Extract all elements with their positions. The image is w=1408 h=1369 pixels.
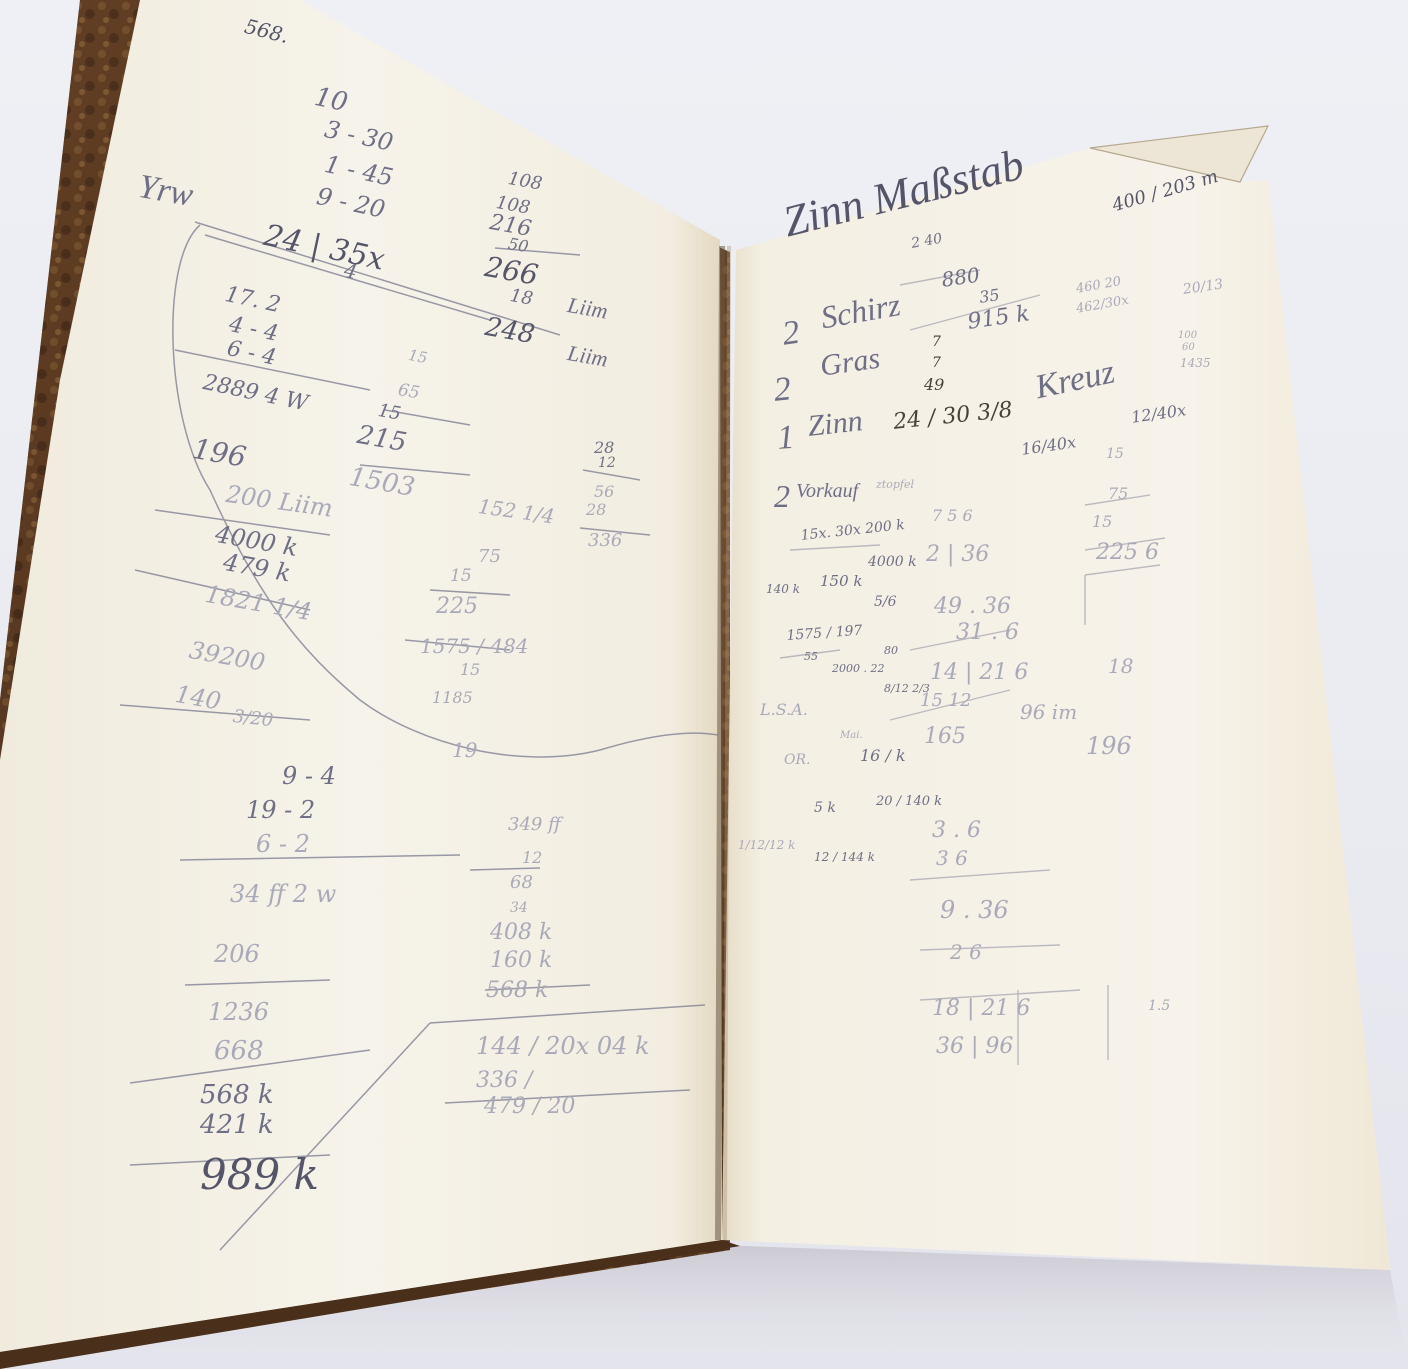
row-49-36: 49 . 36 <box>934 594 1011 619</box>
row-9-36: 9 . 36 <box>940 896 1009 924</box>
row-20-140: 20 / 140 k <box>876 794 942 809</box>
line2-note: 100 <box>1178 330 1197 341</box>
col-15: 75 <box>1108 484 1128 503</box>
small-mult: 15 <box>376 400 402 425</box>
col-349: 408 k <box>490 920 552 945</box>
mult-entry: 50 <box>507 234 530 256</box>
row-sml-3-6: 3 6 <box>936 846 968 870</box>
col-75: 225 <box>436 594 478 619</box>
gutter <box>718 246 722 1240</box>
right-mult: 28 <box>586 500 606 519</box>
right-page <box>722 126 1390 1270</box>
row-31-6: 31 . 6 <box>956 620 1019 645</box>
col-15: 225 6 <box>1096 540 1159 565</box>
row-5-6: 5/6 <box>874 594 897 610</box>
row-1575: 1575 / 484 <box>420 634 529 658</box>
col-349: 12 <box>522 848 542 867</box>
row-4000k: 4000 k <box>868 554 917 570</box>
row-568: 568 k <box>200 1080 274 1110</box>
line4-note: ztopfel <box>876 478 914 491</box>
right-mult: 12 <box>598 455 616 471</box>
row-3-20: 3/20 <box>232 706 274 731</box>
row-165: 165 <box>924 724 966 749</box>
col-349: 160 k <box>490 948 552 973</box>
right-mult: 56 <box>594 482 614 501</box>
line2-note: 1435 <box>1180 356 1211 370</box>
row-756: 7 5 6 <box>932 506 973 525</box>
line3-prefix: 1 <box>776 419 796 458</box>
row-5k: 5 k <box>814 800 836 816</box>
row-3-6: 3 . 6 <box>932 818 981 843</box>
col-15: 15 <box>1092 512 1112 531</box>
col-349: 68 <box>510 872 533 893</box>
col-15: 15 <box>1106 446 1124 462</box>
row-196: 196 <box>1086 732 1132 760</box>
row-tiny: 1.5 <box>1148 998 1170 1014</box>
row-1-12: 1/12/12 k <box>738 838 795 852</box>
row-1236: 1236 <box>208 998 269 1026</box>
title-num: 35 <box>978 285 1001 307</box>
col-349: 34 <box>510 900 528 916</box>
block3-entry: 19 - 2 <box>246 796 315 824</box>
small-mult: 65 <box>397 380 422 403</box>
row-421: 421 k <box>200 1110 274 1140</box>
row-1575-sub: 15 <box>460 660 480 679</box>
row-55: 55 <box>804 650 818 663</box>
col-349: 568 k <box>486 978 548 1003</box>
line2-fraction: 49 <box>924 375 944 394</box>
row-150k: 150 k <box>820 572 863 590</box>
row-96-im: 96 im <box>1020 700 1077 724</box>
row-18: 18 <box>1108 654 1133 678</box>
row-206: 206 <box>214 940 260 968</box>
row-mai: Mai. <box>840 730 863 741</box>
right-mult: 336 <box>588 530 622 551</box>
line2-fraction: 7 <box>932 355 941 371</box>
row-2-36: 2 | 36 <box>926 542 989 567</box>
row-1421-6: 14 | 21 6 <box>930 660 1028 685</box>
row-989: 989 k <box>200 1150 319 1199</box>
col-349: 349 ff <box>508 814 561 835</box>
row-12-144: 12 / 144 k <box>814 850 875 864</box>
line2-note: 60 <box>1182 342 1195 353</box>
row-80: 80 <box>884 644 898 657</box>
line4-prefix: 2 <box>774 478 790 515</box>
mult-minus: 18 <box>508 285 534 310</box>
row-1575-sub: 1185 <box>432 688 473 707</box>
block3-entry: 9 - 4 <box>282 762 336 790</box>
row-140k: 140 k <box>766 582 800 596</box>
row-36-96: 36 | 96 <box>936 1034 1013 1059</box>
box-336: 336 / <box>476 1068 532 1093</box>
row-16: 16 / k <box>860 746 906 765</box>
row-668: 668 <box>214 1036 264 1066</box>
top-entry: 10 <box>312 82 351 118</box>
curve-note: 19 <box>452 738 477 762</box>
row-15-12: 15 12 <box>920 690 972 711</box>
box-479: 479 / 20 <box>484 1094 575 1119</box>
row-2-6: 2 6 <box>950 940 982 964</box>
line2-fraction: 7 <box>932 334 941 350</box>
col-75: 75 <box>478 546 501 567</box>
block3-result: 34 ff 2 w <box>230 880 336 908</box>
block3-entry: 6 - 2 <box>256 830 310 858</box>
col-75: 15 <box>450 566 472 586</box>
row-18-216: 18 | 21 6 <box>932 996 1030 1021</box>
small-mult: 15 <box>407 346 429 367</box>
box-144: 144 / 20x 04 k <box>476 1032 650 1060</box>
row-or: OR. <box>784 752 810 768</box>
row-2000: 2000 . 22 <box>832 662 884 675</box>
line4-word: Vorkauf <box>796 480 858 503</box>
row-lsa: L.S.A. <box>760 700 808 719</box>
line3-word: Zinn <box>806 404 864 444</box>
